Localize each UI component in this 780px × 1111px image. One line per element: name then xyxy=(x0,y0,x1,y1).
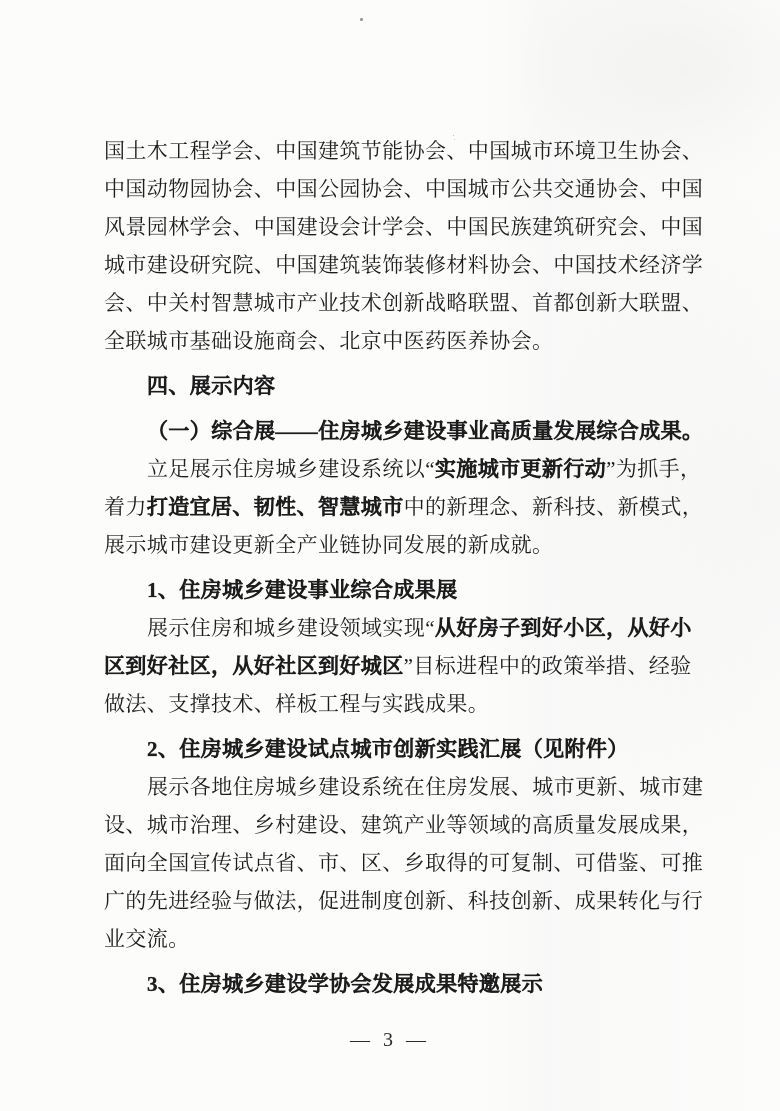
body-text: 全联城市基础设施商会、北京中医药医养协会。 xyxy=(104,329,553,353)
paragraph-item-1: 展示住房和城乡建设领域实现“从好房子到好小区，从好小区到好社区，从好社区到好城区… xyxy=(104,609,685,723)
body-text: 展示各地住房城乡建设系统在住房发展、城市更新、城市建 xyxy=(147,775,703,799)
text-line: 业交流。 xyxy=(104,920,685,958)
heading-item-2: 2、住房城乡建设试点城市创新实践汇展（见附件） xyxy=(104,730,685,768)
heading-item-1: 1、住房城乡建设事业综合成果展 xyxy=(104,571,685,609)
text-line: 会、中关村智慧城市产业技术创新战略联盟、首都创新大联盟、 xyxy=(104,284,685,322)
emphasized-text: 四、展示内容 xyxy=(147,374,275,398)
document-content: 国土木工程学会、中国建筑节能协会、中国城市环境卫生协会、中国动物园协会、中国公园… xyxy=(104,132,685,1003)
emphasized-text: 从好房子到好小区，从好小 xyxy=(435,616,692,640)
scanned-document-page: 国土木工程学会、中国建筑节能协会、中国城市环境卫生协会、中国动物园协会、中国公园… xyxy=(0,0,780,1111)
emphasized-text: 实施城市更新行动 xyxy=(435,457,606,481)
body-text: 展示住房和城乡建设领域实现“ xyxy=(147,616,435,640)
text-line: 2、住房城乡建设试点城市创新实践汇展（见附件） xyxy=(104,730,685,768)
body-text: 会、中关村智慧城市产业技术创新战略联盟、首都创新大联盟、 xyxy=(104,291,703,315)
heading-part-one: （一）综合展——住房城乡建设事业高质量发展综合成果。 xyxy=(104,412,685,450)
emphasized-text: 3、住房城乡建设学协会发展成果特邀展示 xyxy=(147,972,543,996)
body-text: 面向全国宣传试点省、市、区、乡取得的可复制、可借鉴、可推 xyxy=(104,851,703,875)
paragraph-overview: 立足展示住房城乡建设系统以“实施城市更新行动”为抓手，着力打造宜居、韧性、智慧城… xyxy=(104,450,685,564)
emphasized-text: 1、住房城乡建设事业综合成果展 xyxy=(147,578,458,602)
body-text: 展示城市建设更新全产业链协同发展的新成就。 xyxy=(104,533,553,557)
text-line: 面向全国宣传试点省、市、区、乡取得的可复制、可借鉴、可推 xyxy=(104,844,685,882)
text-line: 区到好社区，从好社区到好城区”目标进程中的政策举措、经验 xyxy=(104,647,685,685)
emphasized-text: 打造宜居、韧性、智慧城市 xyxy=(147,495,404,519)
body-text: 广的先进经验与做法，促进制度创新、科技创新、成果转化与行 xyxy=(104,889,703,913)
text-line: 做法、支撑技术、样板工程与实践成果。 xyxy=(104,685,685,723)
text-line: 展示城市建设更新全产业链协同发展的新成就。 xyxy=(104,526,685,564)
body-text: 中国动物园协会、中国公园协会、中国城市公共交通协会、中国 xyxy=(104,177,703,201)
text-line: 中国动物园协会、中国公园协会、中国城市公共交通协会、中国 xyxy=(104,170,685,208)
body-text: 着力 xyxy=(104,495,147,519)
paragraph-item-2: 展示各地住房城乡建设系统在住房发展、城市更新、城市建设、城市治理、乡村建设、建筑… xyxy=(104,768,685,958)
emphasized-text: 2、住房城乡建设试点城市创新实践汇展（见附件） xyxy=(147,737,629,761)
text-line: （一）综合展——住房城乡建设事业高质量发展综合成果。 xyxy=(104,412,685,450)
body-text: 国土木工程学会、中国建筑节能协会、中国城市环境卫生协会、 xyxy=(104,139,703,163)
heading-item-3: 3、住房城乡建设学协会发展成果特邀展示 xyxy=(104,965,685,1003)
text-line: 风景园林学会、中国建设会计学会、中国民族建筑研究会、中国 xyxy=(104,208,685,246)
text-line: 全联城市基础设施商会、北京中医药医养协会。 xyxy=(104,322,685,360)
text-line: 广的先进经验与做法，促进制度创新、科技创新、成果转化与行 xyxy=(104,882,685,920)
text-line: 3、住房城乡建设学协会发展成果特邀展示 xyxy=(104,965,685,1003)
text-line: 着力打造宜居、韧性、智慧城市中的新理念、新科技、新模式， xyxy=(104,488,685,526)
text-line: 1、住房城乡建设事业综合成果展 xyxy=(104,571,685,609)
text-line: 展示住房和城乡建设领域实现“从好房子到好小区，从好小 xyxy=(104,609,685,647)
text-line: 国土木工程学会、中国建筑节能协会、中国城市环境卫生协会、 xyxy=(104,132,685,170)
page-number: — 3 — xyxy=(350,1029,430,1051)
heading-section-four: 四、展示内容 xyxy=(104,367,685,405)
paragraph-associations-continued: 国土木工程学会、中国建筑节能协会、中国城市环境卫生协会、中国动物园协会、中国公园… xyxy=(104,132,685,360)
text-line: 展示各地住房城乡建设系统在住房发展、城市更新、城市建 xyxy=(104,768,685,806)
text-line: 四、展示内容 xyxy=(104,367,685,405)
body-text: 业交流。 xyxy=(104,927,190,951)
body-text: 中的新理念、新科技、新模式， xyxy=(404,495,704,519)
body-text: 设、城市治理、乡村建设、建筑产业等领域的高质量发展成果， xyxy=(104,813,703,837)
page-footer: — 3 — xyxy=(0,1024,780,1056)
text-line: 立足展示住房城乡建设系统以“实施城市更新行动”为抓手， xyxy=(104,450,685,488)
body-text: 立足展示住房城乡建设系统以“ xyxy=(147,457,435,481)
body-text: 做法、支撑技术、样板工程与实践成果。 xyxy=(104,692,489,716)
emphasized-text: （一）综合展——住房城乡建设事业高质量发展综合成果。 xyxy=(147,419,703,443)
emphasized-text: 区到好社区，从好社区到好城区 xyxy=(104,654,404,678)
body-text: 城市建设研究院、中国建筑装饰装修材料协会、中国技术经济学 xyxy=(104,253,703,277)
body-text: 风景园林学会、中国建设会计学会、中国民族建筑研究会、中国 xyxy=(104,215,703,239)
body-text: ”为抓手， xyxy=(606,457,701,481)
text-line: 城市建设研究院、中国建筑装饰装修材料协会、中国技术经济学 xyxy=(104,246,685,284)
body-text: ”目标进程中的政策举措、经验 xyxy=(404,654,692,678)
text-line: 设、城市治理、乡村建设、建筑产业等领域的高质量发展成果， xyxy=(104,806,685,844)
